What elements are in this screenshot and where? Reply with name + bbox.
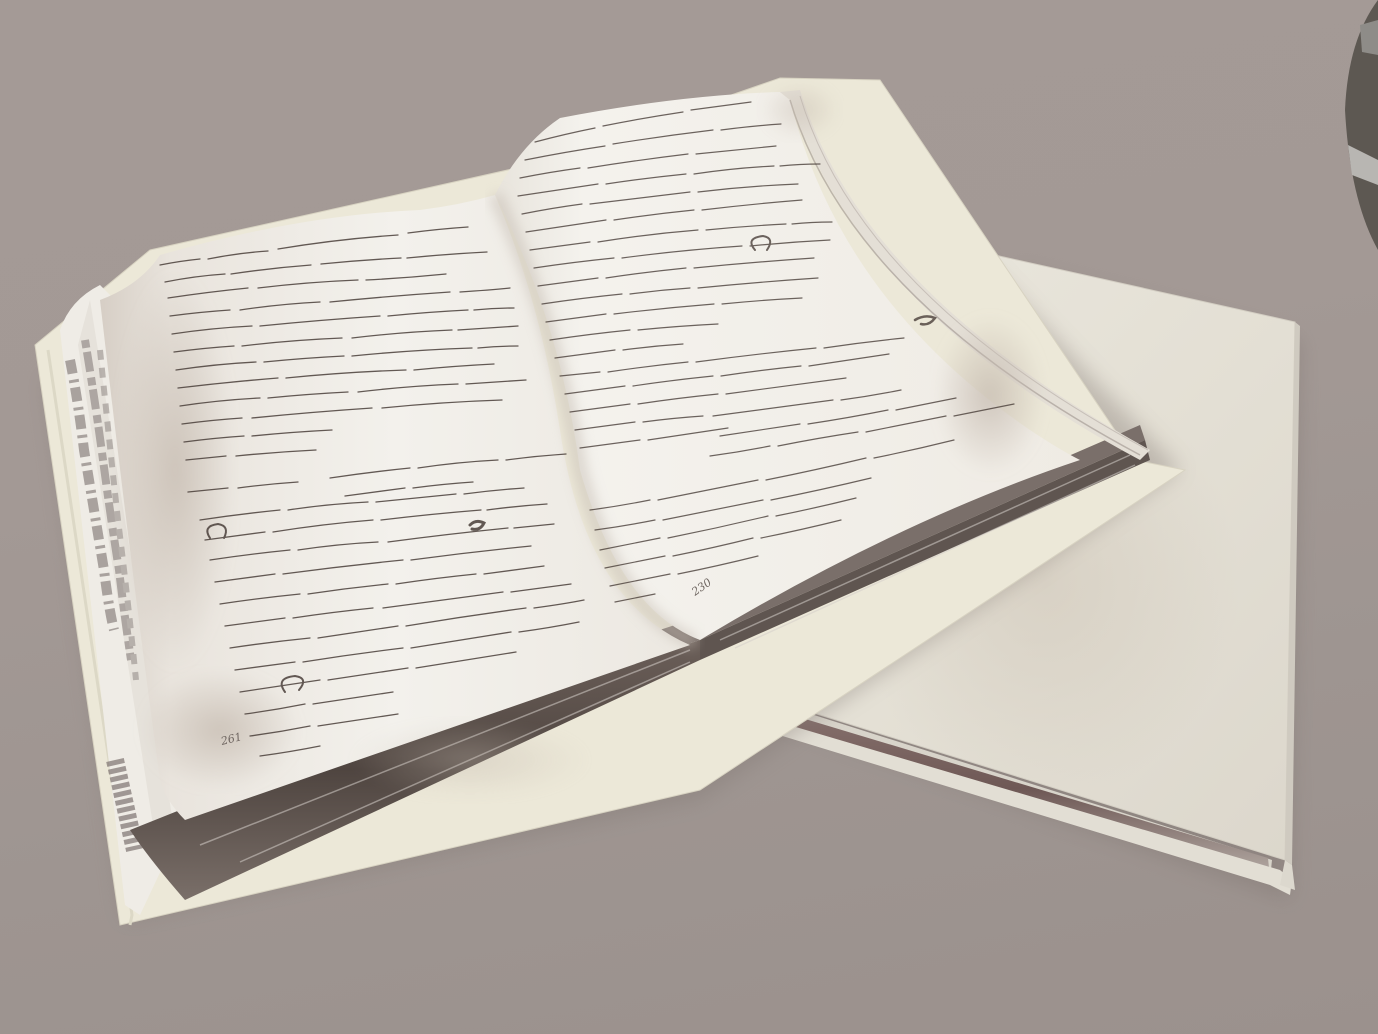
manuscript-photo: 261 230 [0,0,1378,1034]
photo-scene: 261 230 Two vellum-bound handwritten man… [0,0,1378,1034]
background-object [1345,0,1378,250]
